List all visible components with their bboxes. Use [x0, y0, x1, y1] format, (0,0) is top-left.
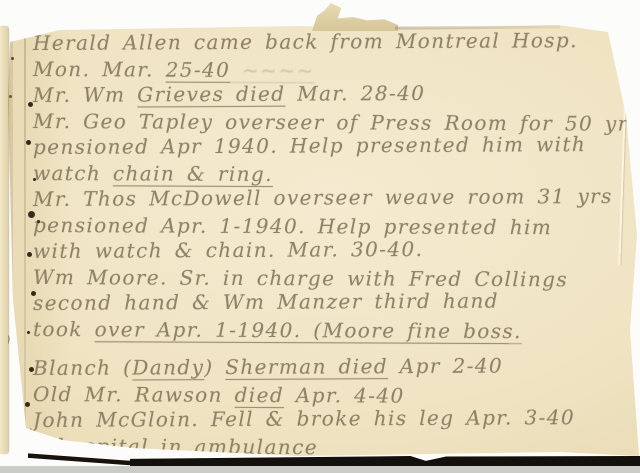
erased-scribble: ~~~~: [230, 58, 314, 82]
underlined-segment: 25-40: [166, 58, 231, 82]
text-segment: Mr. Thos McDowell overseer weave room 31…: [33, 184, 613, 211]
text-segment: Apr 2-40: [388, 354, 503, 379]
underlined-segment: chain & ring.: [113, 161, 273, 186]
underlined-segment: ambula: [194, 435, 277, 459]
shadow-wedge: [28, 448, 140, 466]
handwritten-line: with watch & chain. Mar. 30-40.: [33, 235, 623, 264]
underlined-segment: died: [235, 383, 285, 407]
handwritten-line: Mr. Thos McDowell overseer weave room 31…: [33, 183, 623, 212]
text-segment: took: [33, 317, 95, 341]
handwritten-line: pensioned Apr 1940. Help presented him w…: [33, 131, 623, 160]
text-segment: Apr. 4-40: [284, 383, 405, 408]
handwritten-line: second hand & Wm Manzer third hand: [33, 287, 623, 316]
text-segment: Mar. 28-40: [285, 81, 425, 106]
text-segment: Mr. Wm: [33, 82, 137, 107]
binding-crease: [24, 30, 26, 440]
text-segment: ): [204, 355, 225, 379]
handwritten-line: took over Apr. 1-1940. (Moore fine boss.: [33, 316, 623, 345]
handwritten-line: Blanch (Dandy) Sherman died Apr 2-40: [33, 352, 623, 381]
text-segment: watch: [33, 161, 113, 185]
scanned-notebook-page: Herald Allen came back from Montreal Hos…: [0, 0, 640, 473]
text-segment: pensioned Apr 1940. Help presented him w…: [33, 132, 586, 159]
handwritten-line: Herald Allen came back from Montreal Hos…: [33, 27, 623, 56]
binding-specks: [0, 0, 3, 3]
text-segment: hospital in: [57, 434, 195, 459]
underlined-segment: Dandy: [132, 355, 204, 379]
text-segment: Mon. Mar.: [33, 57, 166, 82]
adjacent-page-edge: [0, 26, 8, 454]
text-segment: nce: [278, 435, 318, 459]
handwritten-line: Mr. Wm Grieves died Mar. 28-40: [33, 79, 623, 108]
text-segment: John McGloin. Fell & broke his leg Apr. …: [33, 405, 575, 432]
torn-paper-flap: [312, 3, 398, 31]
text-segment: Herald Allen came back from Montreal Hos…: [33, 28, 578, 55]
handwritten-line: John McGloin. Fell & broke his leg Apr. …: [33, 404, 623, 433]
underlined-segment: over Apr. 1-1940. (Moore fine boss.: [95, 317, 522, 343]
notebook-page-paper: Herald Allen came back from Montreal Hos…: [0, 0, 640, 473]
text-segment: with watch & chain. Mar. 30-40.: [33, 237, 423, 263]
underlined-segment: Sherman died: [225, 354, 388, 379]
text-segment: Blanch (: [33, 355, 132, 380]
underlined-segment: Grieves died: [137, 82, 285, 107]
scanner-bed-strip: [0, 466, 640, 473]
text-segment: Old Mr. Rawson: [33, 382, 235, 407]
text-segment: second hand & Wm Manzer third hand: [33, 289, 499, 315]
handwriting-block: Herald Allen came back from Montreal Hos…: [33, 30, 623, 459]
